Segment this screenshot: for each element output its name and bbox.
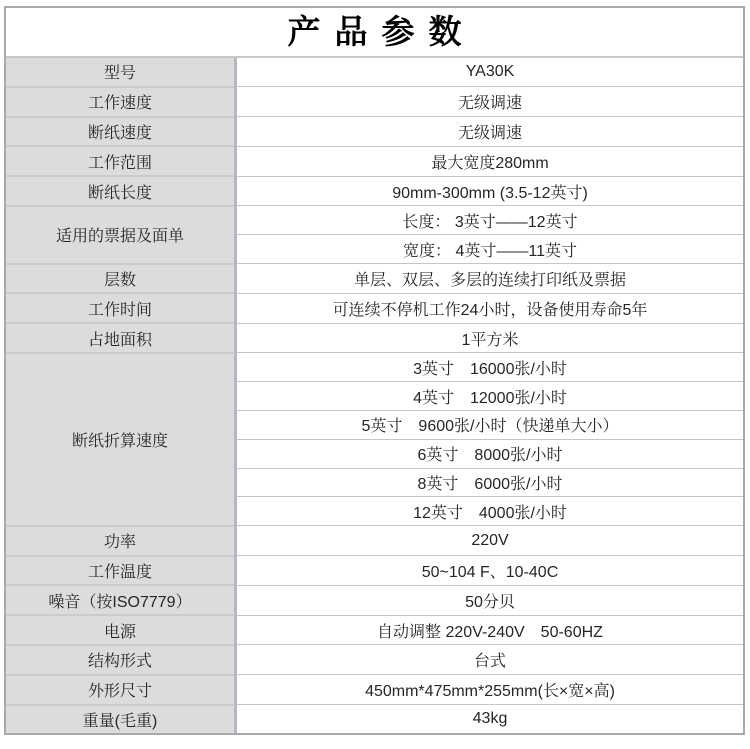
- spec-value-floor-area: 1平方米: [236, 323, 744, 353]
- spec-value-structure: 台式: [236, 645, 744, 675]
- spec-value-work-time: 可连续不停机工作24小时，设备使用寿命5年: [236, 293, 744, 323]
- spec-value-speed-12in: 12英寸 4000张/小时: [236, 497, 744, 526]
- spec-label-dimensions: 外形尺寸: [6, 675, 236, 705]
- table-row: 适用的票据及面单 长度： 3英寸——12英寸: [6, 206, 743, 235]
- spec-value-speed-8in: 8英寸 6000张/小时: [236, 468, 744, 497]
- spec-label-model: 型号: [6, 58, 236, 87]
- spec-label-temperature: 工作温度: [6, 556, 236, 586]
- spec-label-work-speed: 工作速度: [6, 87, 236, 117]
- spec-value-layers: 单层、双层、多层的连续打印纸及票据: [236, 264, 744, 294]
- table-row: 电源 自动调整 220V-240V 50-60HZ: [6, 615, 743, 645]
- table-row: 工作范围 最大宽度280mm: [6, 146, 743, 176]
- table-row: 结构形式 台式: [6, 645, 743, 675]
- table-row: 重量(毛重) 43kg: [6, 705, 743, 734]
- table-row: 占地面积 1平方米: [6, 323, 743, 353]
- spec-value-speed-5in: 5英寸 9600张/小时（快递单大小）: [236, 411, 744, 440]
- spec-value-model: YA30K: [236, 58, 744, 87]
- table-row: 型号 YA30K: [6, 58, 743, 87]
- spec-value-work-speed: 无级调速: [236, 87, 744, 117]
- spec-label-cut-length: 断纸长度: [6, 176, 236, 206]
- table-row: 工作时间 可连续不停机工作24小时，设备使用寿命5年: [6, 293, 743, 323]
- spec-label-structure: 结构形式: [6, 645, 236, 675]
- spec-label-noise: 噪音（按ISO7779）: [6, 585, 236, 615]
- spec-sheet: 产品参数 型号 YA30K 工作速度 无级调速 断纸速度 无级调速 工作范围 最…: [4, 6, 745, 735]
- spec-value-cut-length: 90mm-300mm (3.5-12英寸): [236, 176, 744, 206]
- table-row: 层数 单层、双层、多层的连续打印纸及票据: [6, 264, 743, 294]
- table-row: 噪音（按ISO7779） 50分贝: [6, 585, 743, 615]
- spec-label-weight: 重量(毛重): [6, 705, 236, 734]
- spec-value-speed-6in: 6英寸 8000张/小时: [236, 439, 744, 468]
- spec-label-power-supply: 电源: [6, 615, 236, 645]
- spec-label-work-time: 工作时间: [6, 293, 236, 323]
- spec-value-applicable-width: 宽度： 4英寸——11英寸: [236, 235, 744, 264]
- spec-label-applicable-media: 适用的票据及面单: [6, 206, 236, 264]
- table-row: 断纸折算速度 3英寸 16000张/小时: [6, 353, 743, 382]
- table-row: 断纸长度 90mm-300mm (3.5-12英寸): [6, 176, 743, 206]
- spec-value-weight: 43kg: [236, 705, 744, 734]
- spec-label-cut-speed: 断纸速度: [6, 117, 236, 147]
- spec-label-converted-speed: 断纸折算速度: [6, 353, 236, 526]
- spec-value-power: 220V: [236, 526, 744, 556]
- spec-value-power-supply: 自动调整 220V-240V 50-60HZ: [236, 615, 744, 645]
- spec-label-power: 功率: [6, 526, 236, 556]
- table-row: 断纸速度 无级调速: [6, 117, 743, 147]
- table-row: 外形尺寸 450mm*475mm*255mm(长×宽×高): [6, 675, 743, 705]
- table-row: 工作速度 无级调速: [6, 87, 743, 117]
- spec-value-work-range: 最大宽度280mm: [236, 146, 744, 176]
- spec-value-temperature: 50~104 F、10-40C: [236, 556, 744, 586]
- spec-value-speed-3in: 3英寸 16000张/小时: [236, 353, 744, 382]
- spec-value-applicable-length: 长度： 3英寸——12英寸: [236, 206, 744, 235]
- spec-label-work-range: 工作范围: [6, 146, 236, 176]
- spec-table: 型号 YA30K 工作速度 无级调速 断纸速度 无级调速 工作范围 最大宽度28…: [6, 58, 743, 733]
- table-row: 功率 220V: [6, 526, 743, 556]
- page-title: 产品参数: [6, 8, 743, 58]
- spec-label-layers: 层数: [6, 264, 236, 294]
- spec-value-dimensions: 450mm*475mm*255mm(长×宽×高): [236, 675, 744, 705]
- table-row: 工作温度 50~104 F、10-40C: [6, 556, 743, 586]
- spec-value-cut-speed: 无级调速: [236, 117, 744, 147]
- spec-label-floor-area: 占地面积: [6, 323, 236, 353]
- spec-value-noise: 50分贝: [236, 585, 744, 615]
- spec-value-speed-4in: 4英寸 12000张/小时: [236, 382, 744, 411]
